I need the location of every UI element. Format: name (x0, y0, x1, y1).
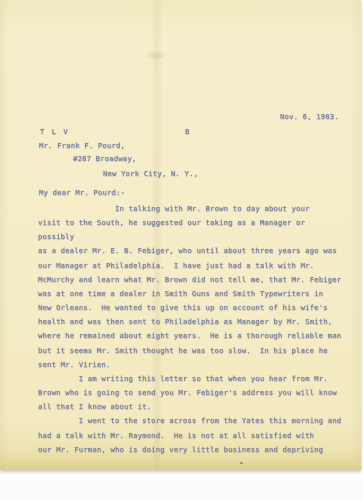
paper-speck (240, 462, 243, 464)
page-mark: B (185, 127, 190, 137)
letter-body: In talking with Mr. Brown to day about y… (38, 202, 343, 457)
recipient-city: New York City, N. Y., (103, 169, 198, 179)
scanned-letter-screenshot: Nov. 6, 1903. T L V B Mr. Frank F. Pourd… (0, 0, 363, 500)
letter-date: Nov. 6, 1903. (280, 112, 339, 122)
paper-smudge (148, 52, 164, 59)
letter-paper: Nov. 6, 1903. T L V B Mr. Frank F. Pourd… (0, 0, 361, 470)
recipient-street: #287 Broadway, (73, 154, 136, 164)
salutation: My dear Mr. Pourd:- (39, 188, 125, 198)
recipient-name: Mr. Frank F. Pourd, (39, 141, 125, 151)
typist-initials: T L V (40, 127, 69, 137)
